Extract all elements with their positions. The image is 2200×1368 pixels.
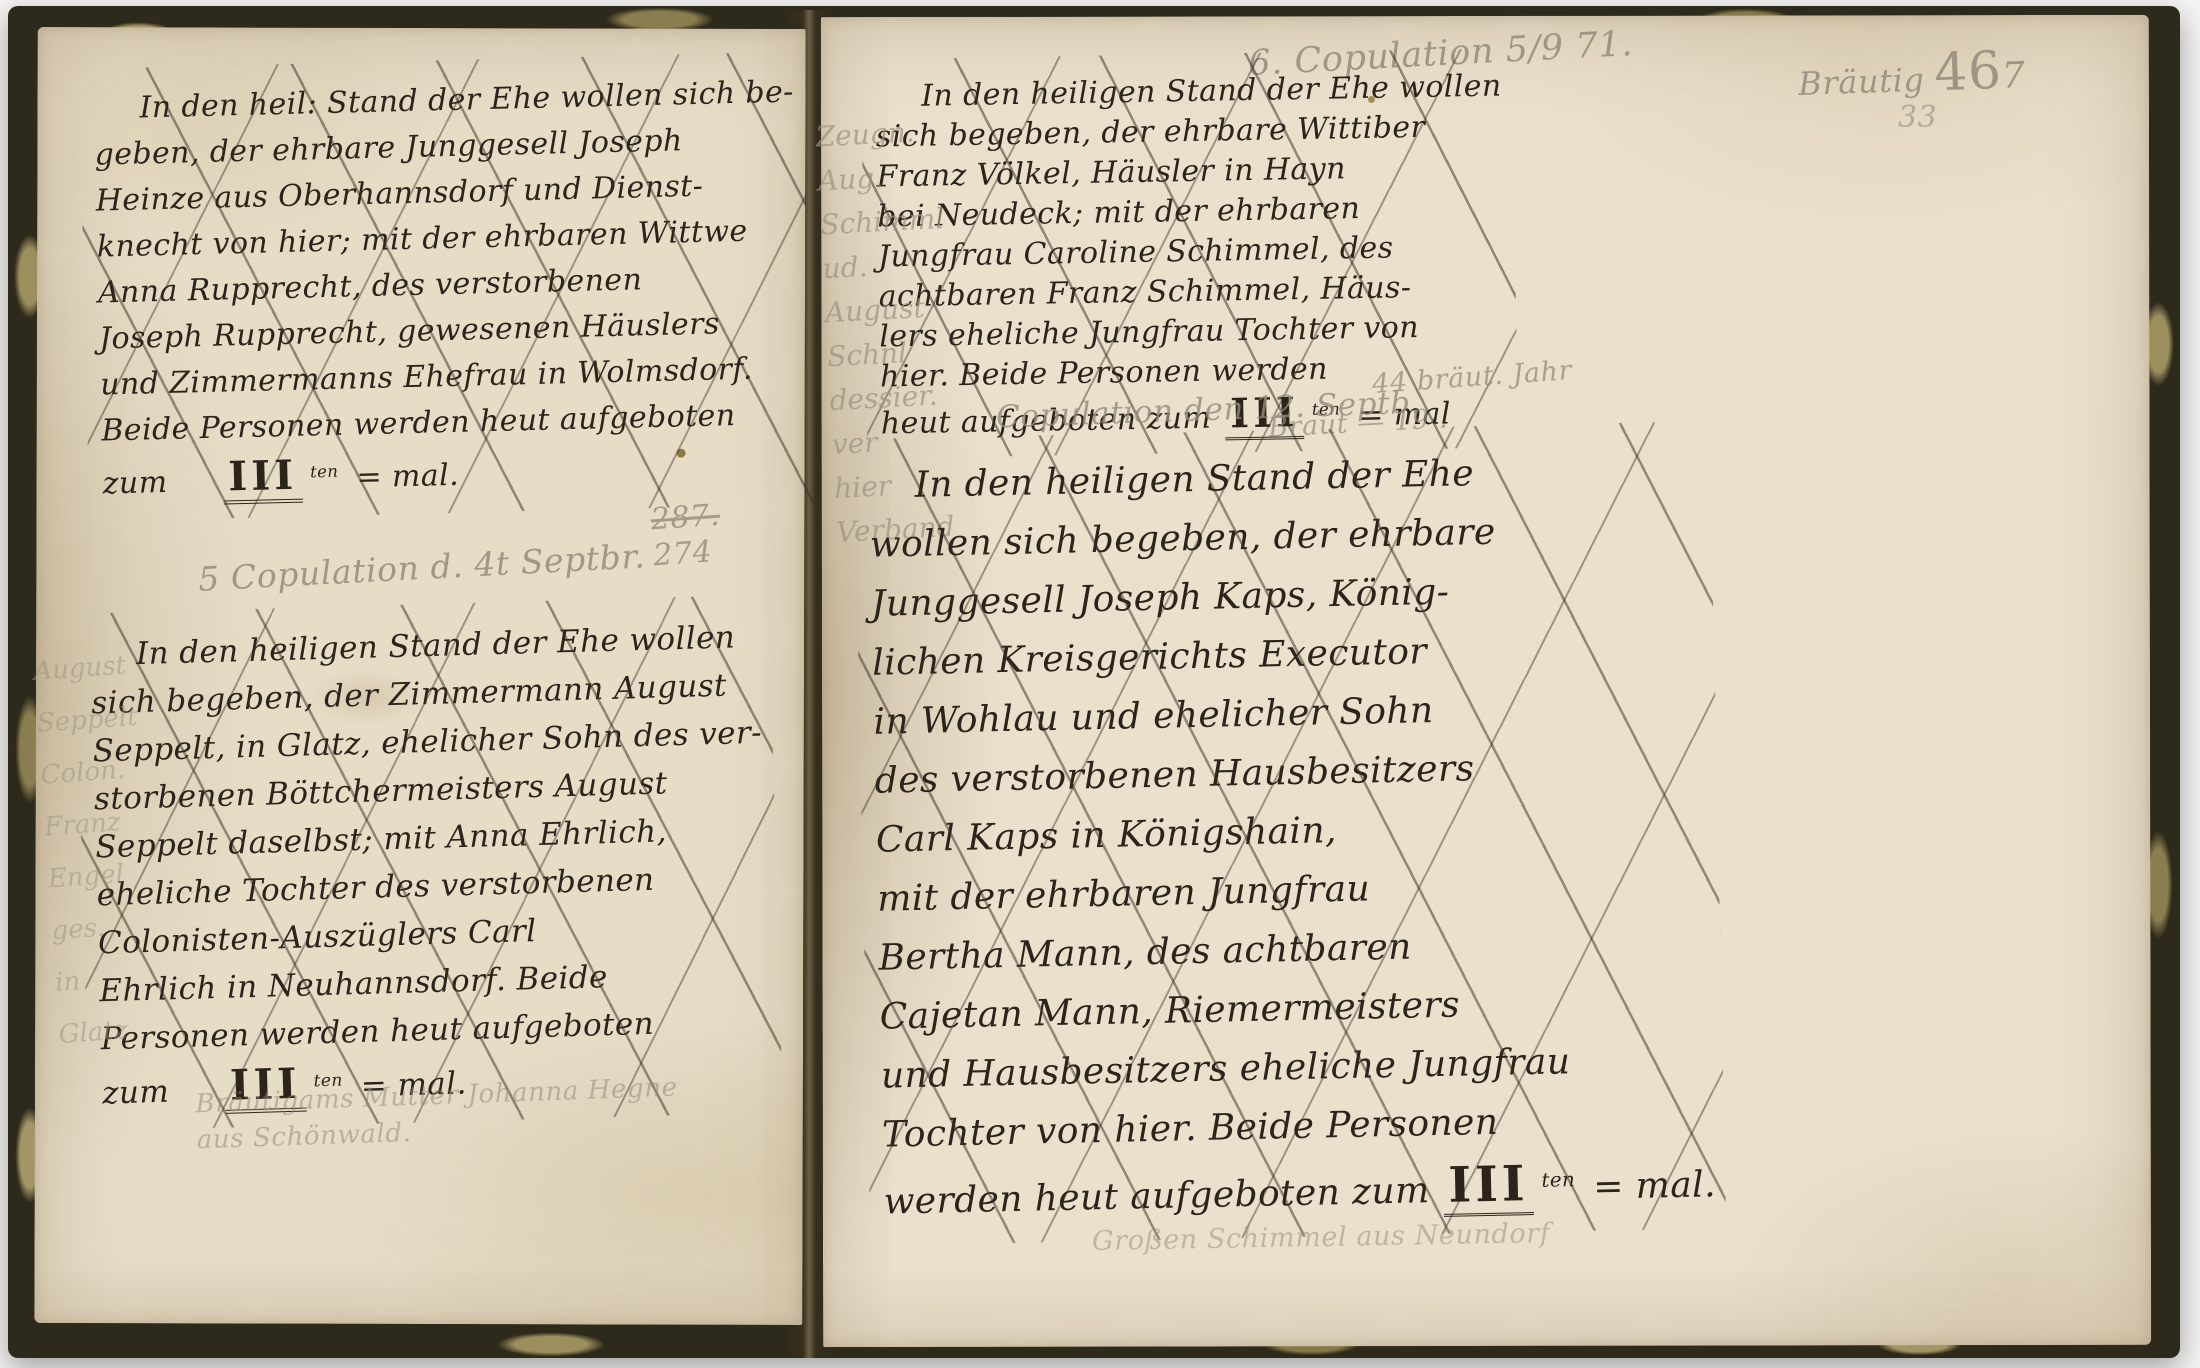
numeral-suffix: ten (1541, 1168, 1575, 1192)
margin-note: Schnl (826, 329, 952, 379)
pencil-number-bottom: 274 (652, 534, 724, 575)
margin-note: Schimml (819, 197, 945, 247)
closing-pre: zum (102, 465, 168, 502)
margin-note: Engel (46, 846, 150, 905)
margin-note: ud. (821, 241, 947, 291)
closing-post: = mal. (1593, 1164, 1716, 1208)
page-number: 46 (1933, 41, 2002, 103)
pencil-number-top: 287. (650, 498, 722, 539)
left-entry-2: In den heiligen Stand der Ehe wollen sic… (89, 613, 772, 1118)
margin-note: Glatz (57, 1002, 161, 1061)
margin-note: August (32, 639, 136, 698)
closing-pre: zum (102, 1074, 170, 1112)
margin-note: ges. (50, 898, 154, 957)
corner-label: Bräutig (1798, 61, 1926, 103)
numeral-suffix: ten (310, 462, 339, 482)
margin-note: Aug. (817, 153, 943, 203)
banns-numeral: III (223, 451, 303, 505)
margin-note: in (53, 950, 157, 1009)
pencil-corner-number2: 33 (1898, 100, 1937, 135)
corner-extra-number: 7 (2001, 55, 2026, 97)
margin-note: Colon. (39, 743, 143, 802)
left-entry-1: In den heil: Stand der Ehe wollen sich b… (93, 70, 803, 508)
banns-numeral: III (1443, 1155, 1534, 1217)
closing-post: = mal. (356, 458, 459, 495)
margin-note: Zeugn. (815, 109, 941, 159)
pencil-register-numbers: 287. 274 (650, 498, 724, 575)
margin-note: August (824, 285, 950, 335)
margin-note: Seppelt (35, 691, 139, 750)
margin-note: Franz (42, 795, 146, 854)
pencil-corner-note: Bräutig467 (1797, 40, 2026, 108)
margin-note: dessier. (828, 373, 954, 423)
right-entry-2: In den heiligen Stand der Ehe wollen sic… (868, 439, 1716, 1231)
closing-pre: werden heut aufgeboten zum (883, 1170, 1430, 1222)
